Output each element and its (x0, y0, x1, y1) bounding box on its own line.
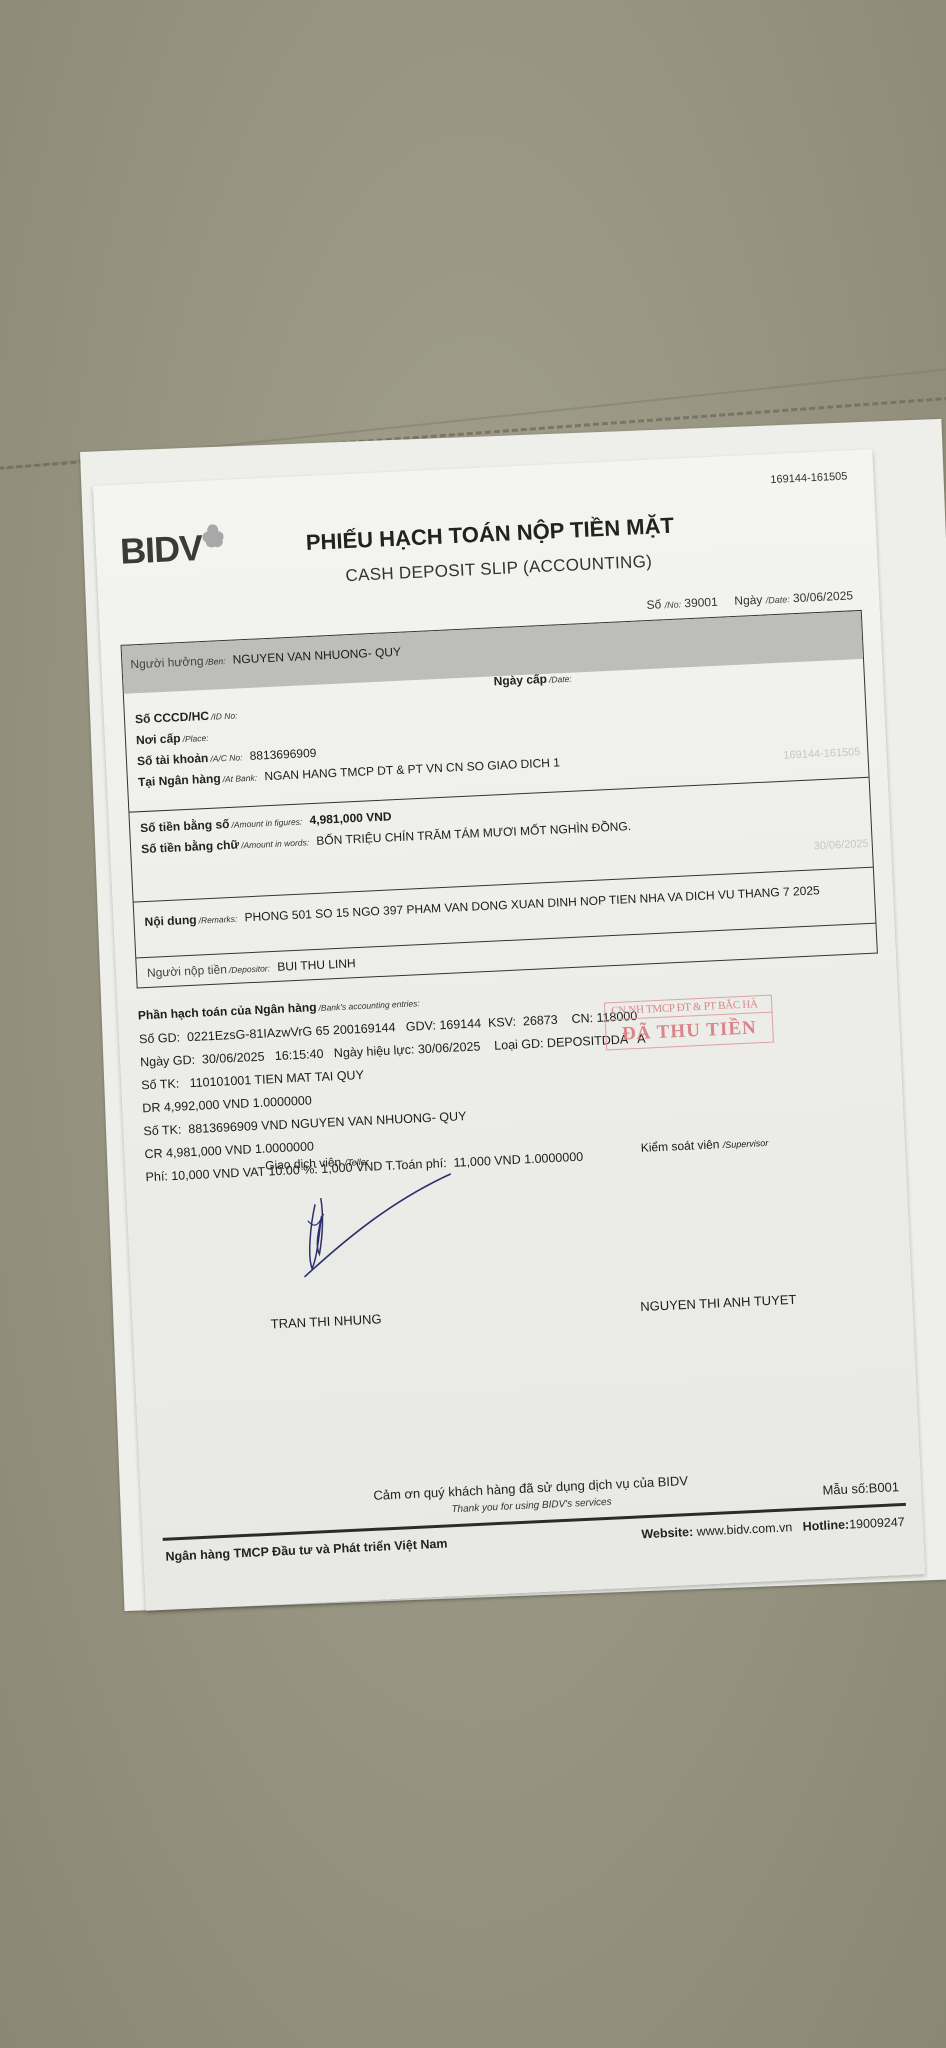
slip-number-date: Số /No: 39001 Ngày /Date: 30/06/2025 (646, 588, 853, 612)
supervisor-name: NGUYEN THI ANH TUYET (640, 1292, 797, 1314)
beneficiary-name: NGUYEN VAN NHUONG- QUY (232, 645, 401, 667)
title-vietnamese: PHIẾU HẠCH TOÁN NỘP TIỀN MẶT (305, 513, 674, 556)
slip-date: 30/06/2025 (793, 588, 854, 605)
teller-name: TRAN THI NHUNG (270, 1311, 382, 1331)
deposit-slip: 169144-161505 BIDV PHIẾU HẠCH TOÁN NỘP T… (93, 449, 925, 1610)
amount-figures: 4,981,000 VND (309, 809, 392, 827)
logo-text: BIDV (119, 527, 203, 573)
website-link: www.bidv.com.vn (696, 1520, 792, 1538)
supervisor-label: Kiểm soát viên /Supervisor (640, 1135, 768, 1155)
bidv-flower-icon (202, 524, 225, 547)
hotline-number: 19009247 (849, 1515, 905, 1532)
bank-accounting-entries: Phần hạch toán của Ngân hàng/Bank's acco… (137, 981, 651, 1190)
slip-number: 39001 (684, 595, 718, 611)
form-number: Mẫu số:B001 (822, 1479, 899, 1498)
serial-number: 169144-161505 (770, 470, 848, 486)
teller-signature (286, 1170, 461, 1288)
paid-stamp: CN NH TMCP ĐT & PT BẮC HÀ ĐÃ THU TIỀN (604, 995, 774, 1051)
bank-full-name: Ngân hàng TMCP Đầu tư và Phát triển Việt… (165, 1536, 448, 1563)
title-english: CASH DEPOSIT SLIP (ACCOUNTING) (345, 552, 652, 586)
bidv-logo: BIDV (119, 526, 226, 573)
depositor-name: BUI THU LINH (277, 956, 356, 974)
issue-date-row: Ngày cấp/Date: (493, 670, 576, 688)
account-number: 8813696909 (249, 746, 316, 763)
contact-info: Website: www.bidv.com.vn Hotline:1900924… (641, 1515, 905, 1541)
